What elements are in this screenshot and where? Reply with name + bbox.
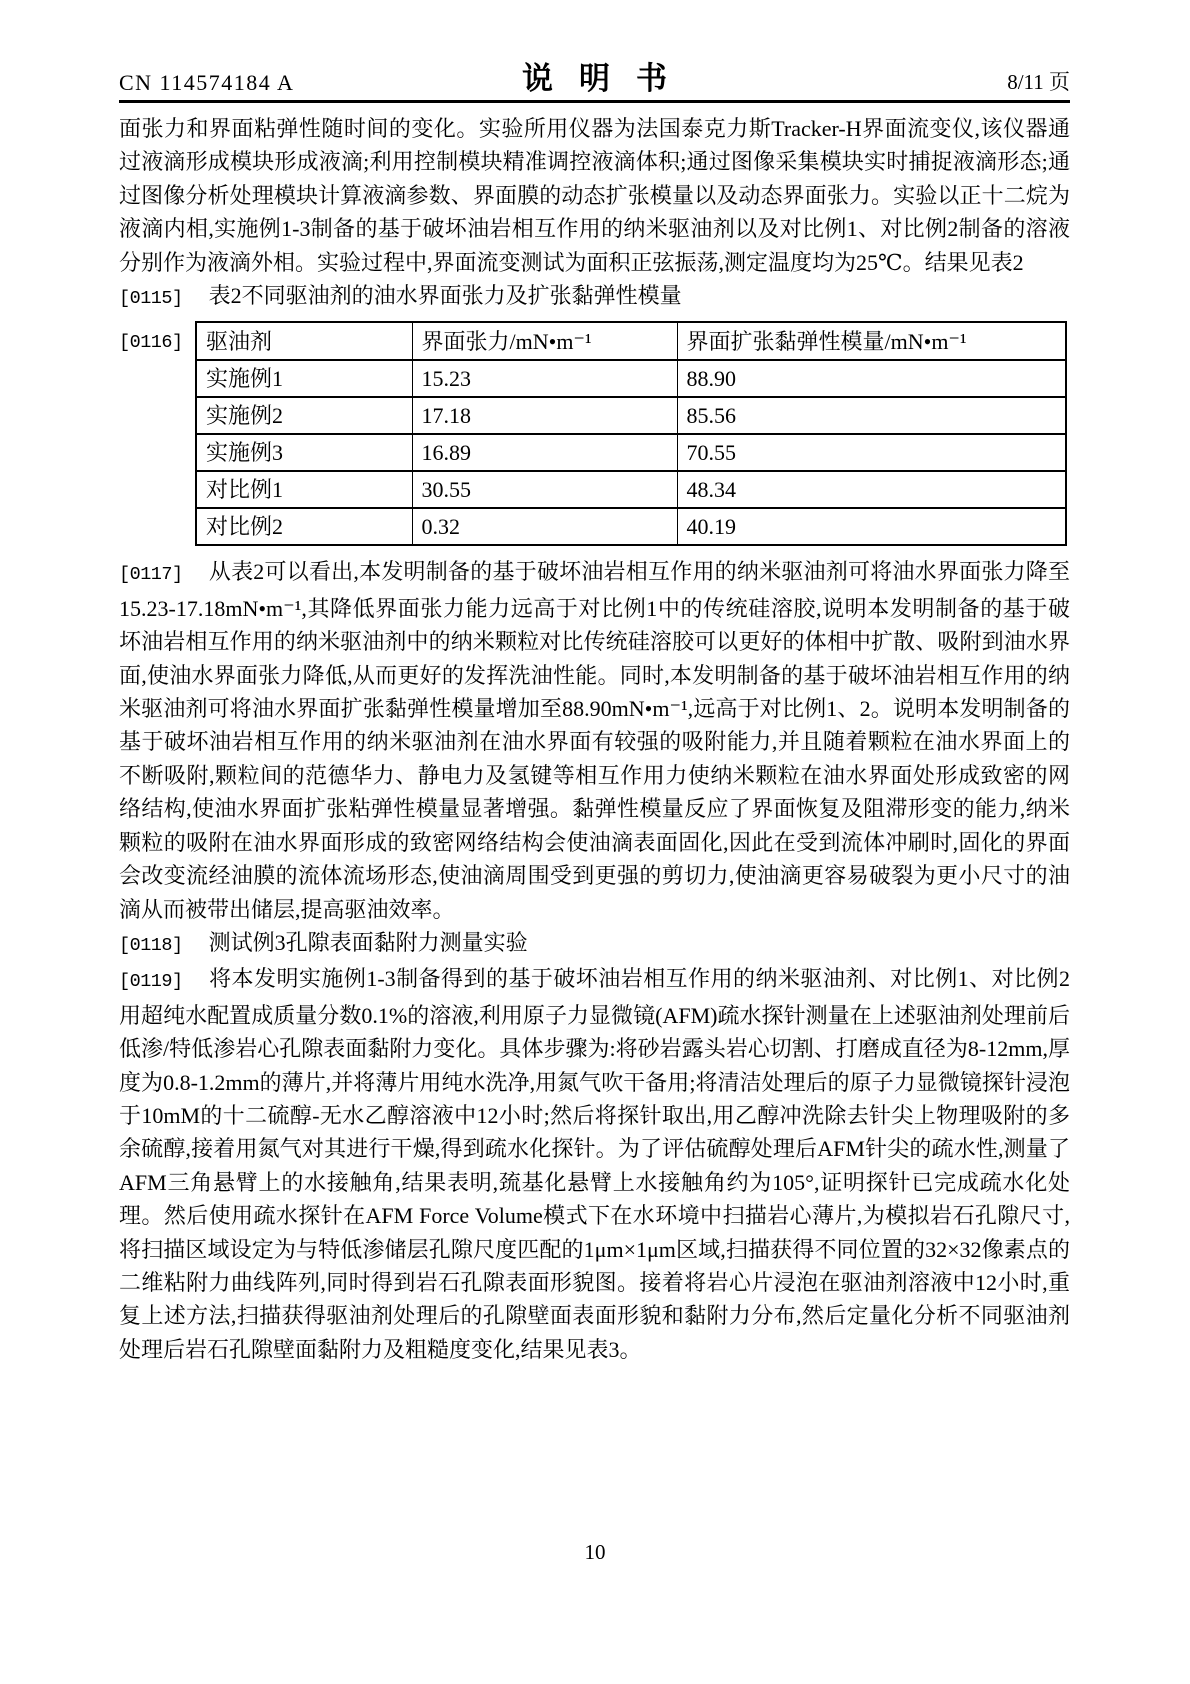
table-cell: 0.32 bbox=[412, 508, 677, 545]
paragraph-continuation: 面张力和界面粘弹性随时间的变化。实验所用仪器为法国泰克力斯Tracker-H界面… bbox=[119, 112, 1070, 279]
table-cell: 40.19 bbox=[677, 508, 1066, 545]
paragraph-0118: [0118]测试例3孔隙表面黏附力测量实验 bbox=[119, 926, 1070, 962]
table-cell: 对比例1 bbox=[196, 471, 412, 508]
table-header-cell: 界面扩张黏弹性模量/mN•m⁻¹ bbox=[677, 322, 1066, 360]
table-cell: 85.56 bbox=[677, 397, 1066, 434]
table-header-row: 驱油剂 界面张力/mN•m⁻¹ 界面扩张黏弹性模量/mN•m⁻¹ bbox=[196, 322, 1066, 360]
paragraph-tag-0119: [0119] bbox=[119, 971, 183, 992]
document-body: 面张力和界面粘弹性随时间的变化。实验所用仪器为法国泰克力斯Tracker-H界面… bbox=[119, 112, 1070, 1366]
paragraph-text-0119: 将本发明实施例1-3制备得到的基于破坏油岩相互作用的纳米驱油剂、对比例1、对比例… bbox=[119, 966, 1070, 1361]
table-row: 对比例1 30.55 48.34 bbox=[196, 471, 1066, 508]
table-cell: 16.89 bbox=[412, 434, 677, 471]
paragraph-0115: [0115]表2不同驱油剂的油水界面张力及扩张黏弹性模量 bbox=[119, 279, 1070, 315]
table-cell: 70.55 bbox=[677, 434, 1066, 471]
table-row: 对比例2 0.32 40.19 bbox=[196, 508, 1066, 545]
paragraph-tag-0115: [0115] bbox=[119, 288, 183, 309]
table-header-cell: 驱油剂 bbox=[196, 322, 412, 360]
paragraph-text-0115: 表2不同驱油剂的油水界面张力及扩张黏弹性模量 bbox=[209, 283, 682, 308]
table-cell: 17.18 bbox=[412, 397, 677, 434]
table-header-cell: 界面张力/mN•m⁻¹ bbox=[412, 322, 677, 360]
table-row: 实施例3 16.89 70.55 bbox=[196, 434, 1066, 471]
table-cell: 实施例3 bbox=[196, 434, 412, 471]
table-row: 实施例1 15.23 88.90 bbox=[196, 360, 1066, 397]
table-row: 实施例2 17.18 85.56 bbox=[196, 397, 1066, 434]
patent-number: CN 114574184 A bbox=[119, 70, 294, 96]
document-title: 说明书 bbox=[496, 53, 693, 98]
table-cell: 48.34 bbox=[677, 471, 1066, 508]
paragraph-0119: [0119]将本发明实施例1-3制备得到的基于破坏油岩相互作用的纳米驱油剂、对比… bbox=[119, 962, 1070, 1366]
page-indicator: 8/11 页 bbox=[1007, 66, 1070, 96]
paragraph-0117: [0117]从表2可以看出,本发明制备的基于破坏油岩相互作用的纳米驱油剂可将油水… bbox=[119, 555, 1070, 925]
table-cell: 对比例2 bbox=[196, 508, 412, 545]
table-2: 驱油剂 界面张力/mN•m⁻¹ 界面扩张黏弹性模量/mN•m⁻¹ 实施例1 15… bbox=[195, 321, 1067, 546]
table-cell: 实施例1 bbox=[196, 360, 412, 397]
page-header: CN 114574184 A 说明书 8/11 页 bbox=[119, 56, 1070, 98]
paragraph-text-0117: 从表2可以看出,本发明制备的基于破坏油岩相互作用的纳米驱油剂可将油水界面张力降至… bbox=[119, 559, 1070, 921]
patent-page: CN 114574184 A 说明书 8/11 页 面张力和界面粘弹性随时间的变… bbox=[0, 0, 1190, 1684]
paragraph-tag-0118: [0118] bbox=[119, 935, 183, 956]
table-cell: 88.90 bbox=[677, 360, 1066, 397]
header-divider bbox=[119, 100, 1070, 103]
paragraph-tag-0117: [0117] bbox=[119, 564, 183, 585]
table-cell: 实施例2 bbox=[196, 397, 412, 434]
paragraph-0116: [0116] 驱油剂 界面张力/mN•m⁻¹ 界面扩张黏弹性模量/mN•m⁻¹ … bbox=[119, 321, 1070, 546]
page-footer: 10 bbox=[0, 1540, 1190, 1565]
page-number: 10 bbox=[585, 1540, 606, 1564]
table-cell: 15.23 bbox=[412, 360, 677, 397]
paragraph-text-0118: 测试例3孔隙表面黏附力测量实验 bbox=[209, 930, 528, 955]
table-cell: 30.55 bbox=[412, 471, 677, 508]
paragraph-tag-0116: [0116] bbox=[119, 326, 183, 359]
